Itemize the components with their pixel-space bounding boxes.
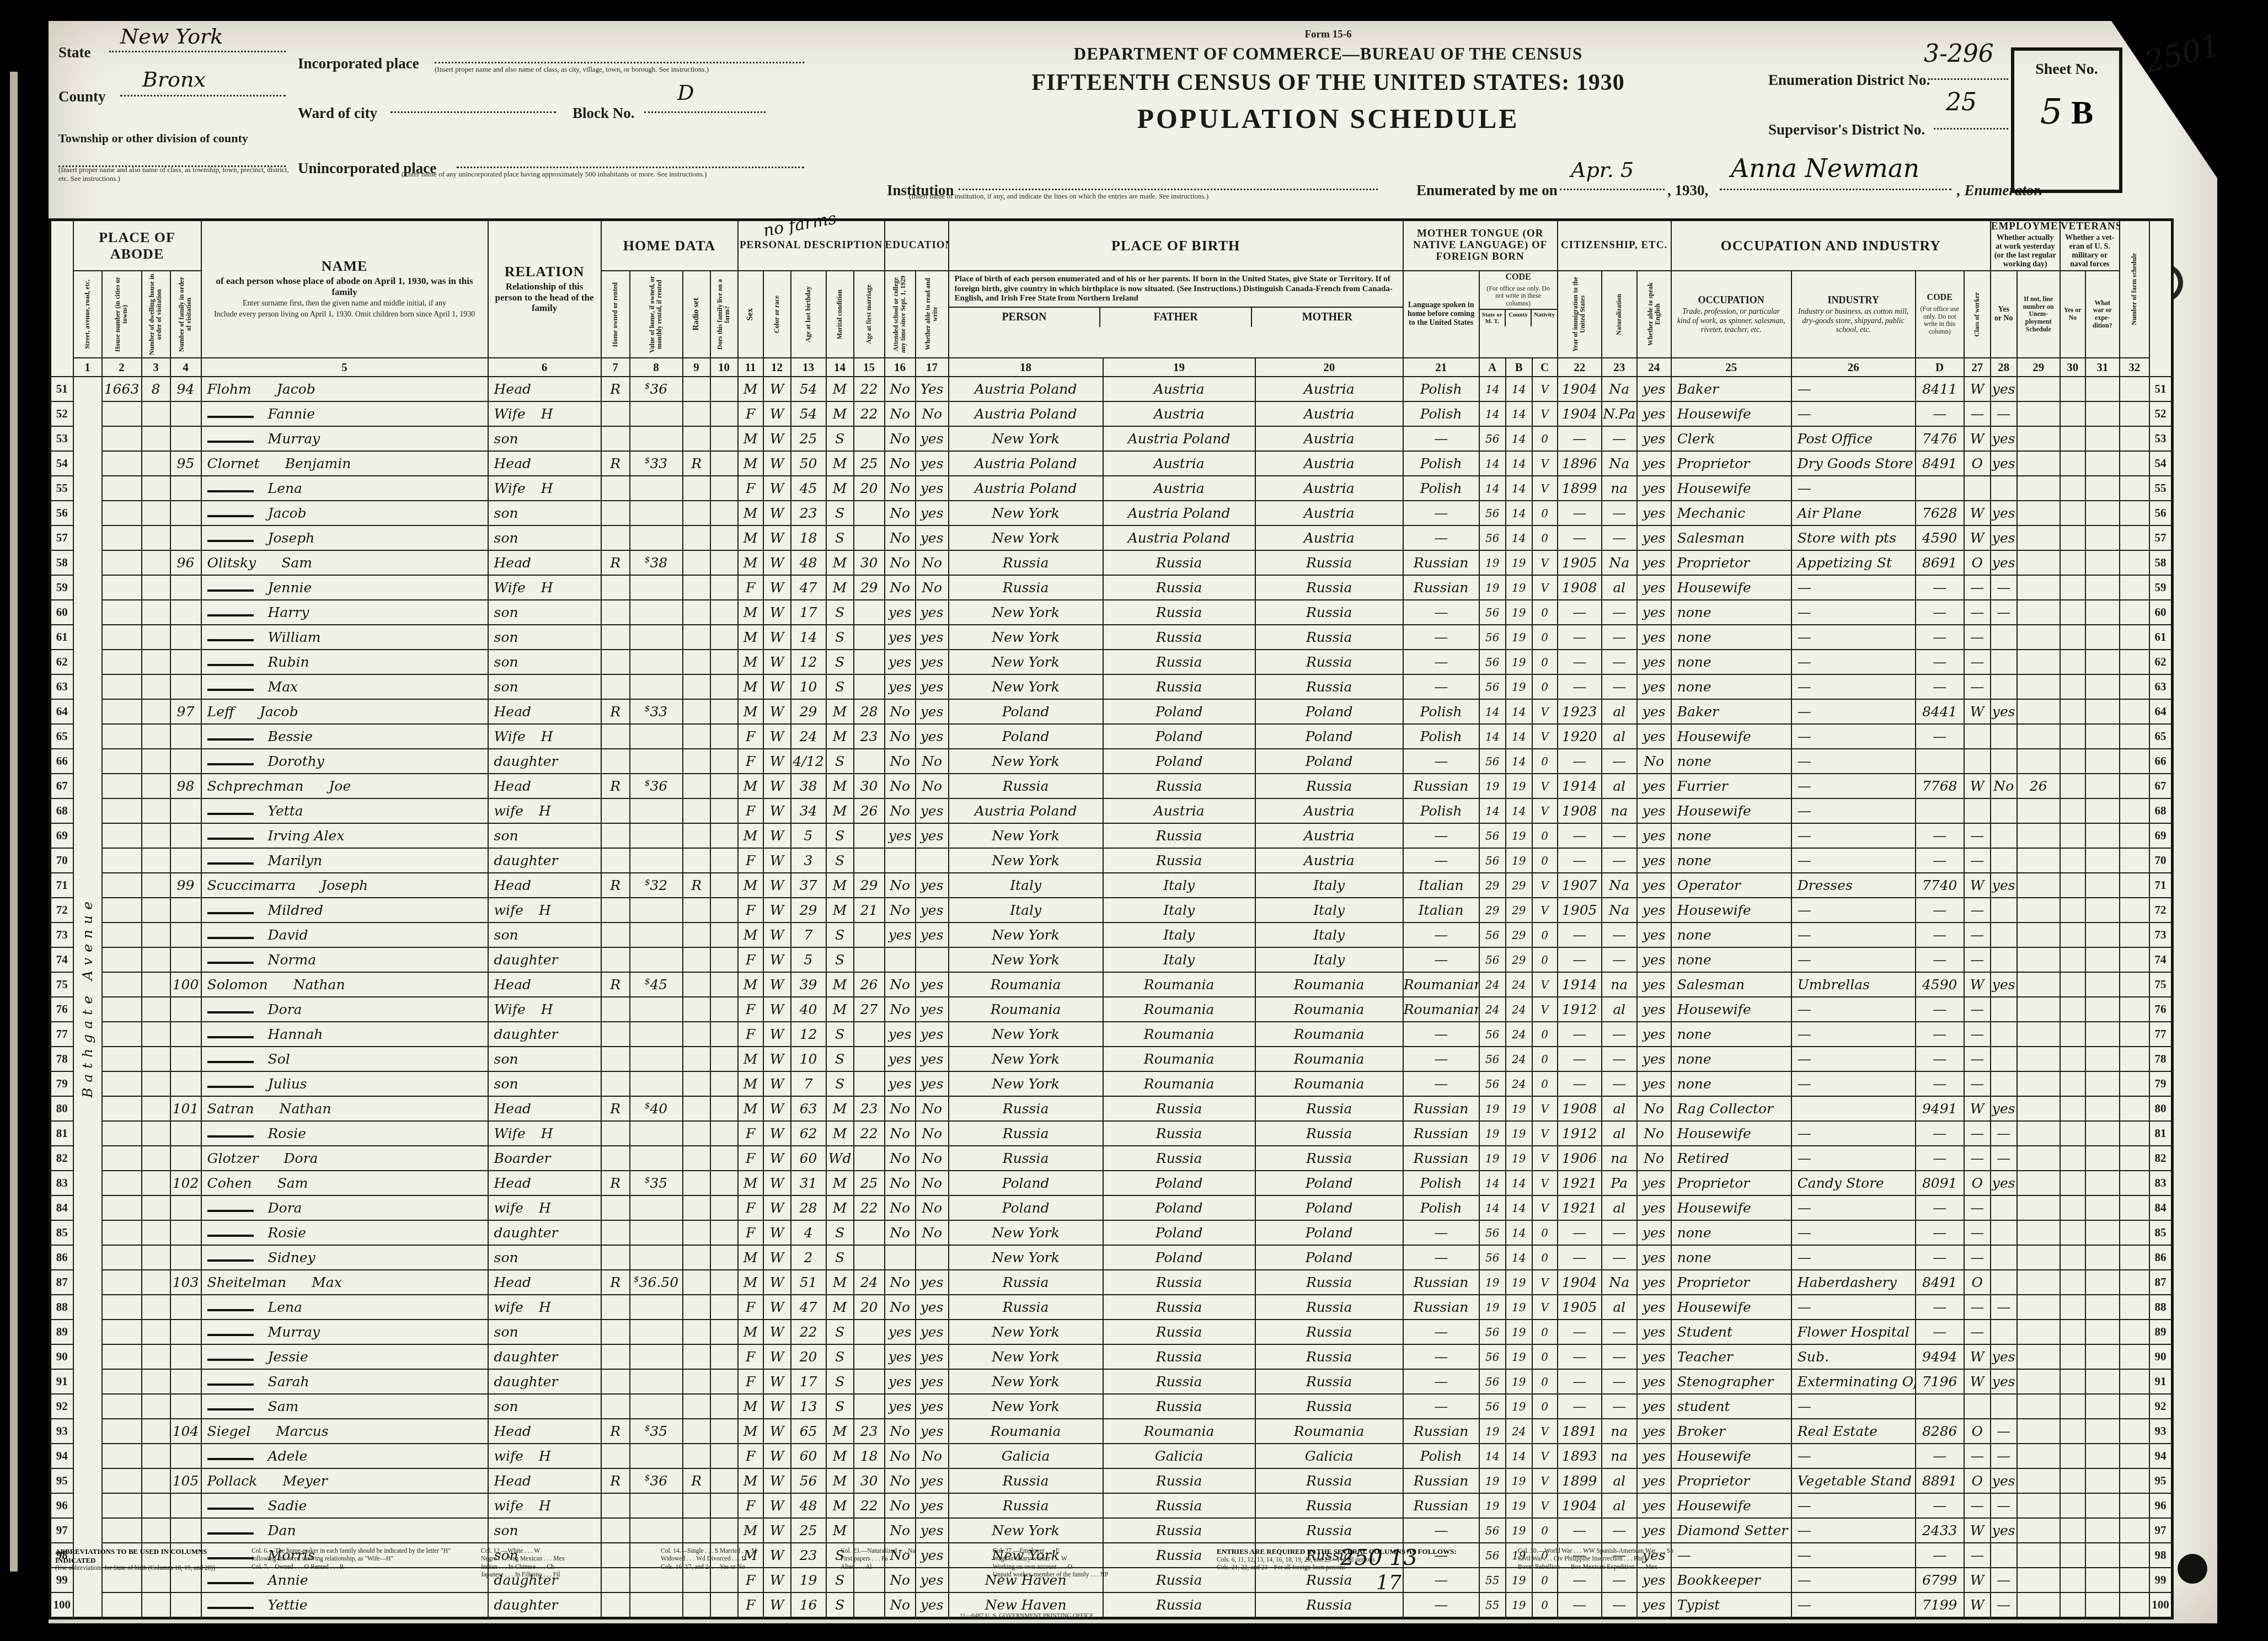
cell: yes xyxy=(1637,798,1671,823)
cell: — xyxy=(1791,1394,1916,1419)
cell: New York xyxy=(949,947,1103,972)
cell: 28 xyxy=(791,1195,826,1220)
cell xyxy=(854,501,885,525)
cell: Austria xyxy=(1255,848,1403,873)
cell: Poland xyxy=(1255,1171,1403,1195)
cell: M xyxy=(738,1320,763,1344)
cell xyxy=(683,1270,710,1295)
cell: yes xyxy=(916,1071,949,1096)
line-number-left: 85 xyxy=(50,1220,73,1245)
cell: W xyxy=(1964,774,1991,798)
cell xyxy=(142,1369,170,1394)
cell: none xyxy=(1671,1047,1791,1071)
cell: 56 xyxy=(1479,848,1506,873)
footnote-line: Wage or salary worker . . . W xyxy=(993,1555,1202,1563)
cell: Sadie xyxy=(201,1493,488,1518)
cell: Austria xyxy=(1103,451,1255,476)
cell xyxy=(2120,873,2149,898)
cell: No xyxy=(885,1419,916,1444)
cell: — xyxy=(1964,625,1991,650)
census-scan-page: State New York County Bronx Township or … xyxy=(0,0,2268,1641)
cell: 14 xyxy=(1506,699,1532,724)
cell: 0 xyxy=(1532,650,1558,674)
cell: 98 xyxy=(170,774,201,798)
col-31-header: What war or expe­dition? xyxy=(2085,271,2120,358)
cell: na xyxy=(1602,798,1637,823)
cell: 19 xyxy=(1479,575,1506,600)
cell: — xyxy=(1558,947,1602,972)
cell xyxy=(630,798,683,823)
cell: 14 xyxy=(1506,1195,1532,1220)
schedule-row-80: 80101SatranNathanHeadR$40MW63M23NoNoRuss… xyxy=(50,1096,2173,1121)
cell xyxy=(683,1295,710,1320)
cell: 39 xyxy=(791,972,826,997)
cell: Italy xyxy=(1255,947,1403,972)
col-21-header: Language spoken in home before coming to… xyxy=(1403,271,1479,358)
cell: V xyxy=(1532,401,1558,426)
relation-subtitle: Relationship of this person to the head … xyxy=(489,280,601,315)
cell xyxy=(710,997,738,1022)
cell: — xyxy=(1964,674,1991,699)
cell xyxy=(2085,600,2120,625)
vet-yes-no-label: Yes or No xyxy=(2061,305,2085,323)
cell: S xyxy=(826,650,854,674)
col-29-header: If not, line number on Unem­ployment Sch… xyxy=(2017,271,2060,358)
column-number-1: 1 xyxy=(73,358,102,377)
cell xyxy=(630,1220,683,1245)
cell xyxy=(683,774,710,798)
cell: WifeH xyxy=(488,575,601,600)
cell: Murray xyxy=(201,1320,488,1344)
mother-label: MOTHER xyxy=(1251,308,1403,327)
cell: 7196 xyxy=(1916,1369,1964,1394)
cell: yes xyxy=(916,997,949,1022)
cell: Russian xyxy=(1403,1270,1479,1295)
cell: W xyxy=(763,575,791,600)
cell xyxy=(630,426,683,451)
cell: 19 xyxy=(1479,1295,1506,1320)
cell xyxy=(2017,1096,2060,1121)
cell: yes xyxy=(1637,848,1671,873)
cell: yes xyxy=(1637,1220,1671,1245)
line-number-right: 55 xyxy=(2149,476,2173,501)
cell xyxy=(2120,798,2149,823)
cell xyxy=(170,1493,201,1518)
cell: Poland xyxy=(949,1195,1103,1220)
cell: W xyxy=(1964,699,1991,724)
cell: — xyxy=(1403,947,1479,972)
cell xyxy=(102,575,142,600)
name-note1: Enter surname first, then the given name… xyxy=(202,298,488,309)
cell: — xyxy=(1916,1121,1964,1146)
cell: No xyxy=(916,550,949,575)
cell xyxy=(102,997,142,1022)
cell: — xyxy=(1964,1047,1991,1071)
cell xyxy=(630,923,683,947)
cell: 3 xyxy=(791,848,826,873)
cell xyxy=(710,1419,738,1444)
cell: Head xyxy=(488,774,601,798)
cell: F xyxy=(738,476,763,501)
cell xyxy=(2060,997,2085,1022)
cell xyxy=(142,1419,170,1444)
cell: Russian xyxy=(1403,550,1479,575)
ditto-mark xyxy=(207,912,254,914)
schedule-row-89: 89MurraysonMW22SyesyesNew YorkRussiaRuss… xyxy=(50,1320,2173,1344)
cell: yes xyxy=(916,600,949,625)
cell: R xyxy=(601,774,630,798)
footnote-line: Col. 7.—Owned . . . O Rented . . . R xyxy=(252,1563,467,1571)
cell xyxy=(142,550,170,575)
cell: Joseph xyxy=(201,525,488,550)
cell: 19 xyxy=(1506,848,1532,873)
footnote-line: Unpaid worker, member of the family . . … xyxy=(993,1571,1202,1579)
cell: none xyxy=(1671,1071,1791,1096)
cell: No xyxy=(1637,1121,1671,1146)
cell: M xyxy=(738,1096,763,1121)
cell: 14 xyxy=(1479,1171,1506,1195)
line-number-left: 88 xyxy=(50,1295,73,1320)
birth-person-labels: PERSON FATHER MOTHER xyxy=(949,307,1403,327)
cell: 19 xyxy=(1506,1320,1532,1344)
cell xyxy=(2017,947,2060,972)
cell: 7476 xyxy=(1916,426,1964,451)
cell: New York xyxy=(949,1518,1103,1543)
cell xyxy=(630,1146,683,1171)
cell: — xyxy=(1916,1047,1964,1071)
cell: Russia xyxy=(1255,550,1403,575)
cell: 24 xyxy=(1479,997,1506,1022)
cell: Italy xyxy=(1255,898,1403,923)
cell xyxy=(2017,625,2060,650)
line-number-right: 84 xyxy=(2149,1195,2173,1220)
cell: 62 xyxy=(791,1121,826,1146)
cell xyxy=(2017,1518,2060,1543)
line-number-right: 88 xyxy=(2149,1295,2173,1320)
cell xyxy=(2017,525,2060,550)
cell: Italy xyxy=(1103,923,1255,947)
footnote-line: Col. 14.—Single . . . S Married . . . M xyxy=(661,1547,826,1555)
cell: Poland xyxy=(1103,1220,1255,1245)
cell: $35 xyxy=(630,1171,683,1195)
line-number-right: 78 xyxy=(2149,1047,2173,1071)
cell: 8441 xyxy=(1916,699,1964,724)
cell: yes xyxy=(1991,426,2017,451)
cell: No xyxy=(885,501,916,525)
cell xyxy=(854,1394,885,1419)
cell: Austria xyxy=(1255,525,1403,550)
cell xyxy=(2060,1121,2085,1146)
cell xyxy=(601,501,630,525)
cell: New York xyxy=(949,1245,1103,1270)
cell xyxy=(2085,724,2120,749)
cell xyxy=(170,1146,201,1171)
cell: 18 xyxy=(854,1444,885,1468)
cell xyxy=(1964,1394,1991,1419)
cell: Operator xyxy=(1671,873,1791,898)
cell xyxy=(630,1121,683,1146)
marital-label: Marital con­dition xyxy=(836,289,843,339)
cell: Russian xyxy=(1403,575,1479,600)
line-number-right: 86 xyxy=(2149,1245,2173,1270)
cell: 20 xyxy=(854,1295,885,1320)
cell xyxy=(683,1096,710,1121)
cell: yes xyxy=(885,1369,916,1394)
cell: Russia xyxy=(1103,1369,1255,1394)
ditto-mark xyxy=(207,862,254,865)
cell: yes xyxy=(916,1295,949,1320)
cell xyxy=(854,749,885,774)
cell: Dorothy xyxy=(201,749,488,774)
cell: V xyxy=(1532,1295,1558,1320)
cell: 8691 xyxy=(1916,550,1964,575)
cell: Roumania xyxy=(949,972,1103,997)
schedule-row-88: 88LenawifeHFW47M20NoyesRussiaRussiaRussi… xyxy=(50,1295,2173,1320)
column-numbers-row: 123456789101112131415161718192021ABC2223… xyxy=(50,358,2173,377)
cell: Housewife xyxy=(1671,798,1791,823)
cell xyxy=(2120,426,2149,451)
cell xyxy=(2017,1270,2060,1295)
cell: yes xyxy=(1637,947,1671,972)
cell: Italian xyxy=(1403,898,1479,923)
cell: S xyxy=(826,823,854,848)
state-value: New York xyxy=(120,24,223,49)
cell xyxy=(170,848,201,873)
cell: No xyxy=(885,1146,916,1171)
cell xyxy=(710,1444,738,1468)
cell: 25 xyxy=(854,451,885,476)
cell xyxy=(710,1146,738,1171)
cell: yes xyxy=(1991,699,2017,724)
cell: 96 xyxy=(170,550,201,575)
cell: Poland xyxy=(949,724,1103,749)
cell xyxy=(102,1270,142,1295)
cell xyxy=(2060,625,2085,650)
cell: none xyxy=(1671,923,1791,947)
cell: V xyxy=(1532,1096,1558,1121)
cell xyxy=(630,501,683,525)
cell: Italy xyxy=(949,898,1103,923)
col-2-header: House number (in cities or towns) xyxy=(102,271,142,358)
cell: Yes xyxy=(916,377,949,401)
cell: Austria xyxy=(1255,451,1403,476)
footnote-line: Negro . . . Neg Mexican . . . Mex xyxy=(481,1555,646,1563)
cell xyxy=(683,1146,710,1171)
cell: No xyxy=(885,724,916,749)
cell: na xyxy=(1602,1146,1637,1171)
cell xyxy=(601,650,630,674)
cell xyxy=(142,774,170,798)
cell xyxy=(170,997,201,1022)
enum-year: , 1930, xyxy=(1667,182,1708,199)
cell: WifeH xyxy=(488,476,601,501)
cell xyxy=(601,401,630,426)
cell: M xyxy=(738,600,763,625)
column-number-16: 16 xyxy=(885,358,916,377)
cell: Russia xyxy=(1103,1493,1255,1518)
cell: Austria xyxy=(1103,476,1255,501)
cell: Russian xyxy=(1403,1493,1479,1518)
cell xyxy=(601,1245,630,1270)
cell xyxy=(2017,1394,2060,1419)
cell: — xyxy=(1964,401,1991,426)
cell: No xyxy=(916,1096,949,1121)
cell: No xyxy=(885,997,916,1022)
cell: yes xyxy=(916,1022,949,1047)
cell: 0 xyxy=(1532,426,1558,451)
cell: F xyxy=(738,749,763,774)
cell: O xyxy=(1964,1171,1991,1195)
birth-description-cell: Place of birth of each person enumerated… xyxy=(949,271,1403,358)
cell: — xyxy=(1403,650,1479,674)
cell: 56 xyxy=(1479,1047,1506,1071)
footnote-line: Working on own account . . . O xyxy=(993,1563,1202,1571)
cell xyxy=(170,1295,201,1320)
cell: Russia xyxy=(1103,1320,1255,1344)
cell xyxy=(142,873,170,898)
line-number-left: 90 xyxy=(50,1344,73,1369)
cell xyxy=(170,501,201,525)
cell: Polish xyxy=(1403,1195,1479,1220)
cell: R xyxy=(601,1270,630,1295)
cell: Housewife xyxy=(1671,1493,1791,1518)
cell: W xyxy=(763,1394,791,1419)
cell: M xyxy=(826,798,854,823)
cell: W xyxy=(763,1344,791,1369)
column-number-6: 6 xyxy=(488,358,601,377)
ed-field xyxy=(1928,73,2008,80)
cell xyxy=(2060,749,2085,774)
cell xyxy=(2017,501,2060,525)
cell: No xyxy=(885,774,916,798)
cell: Roumania xyxy=(1255,997,1403,1022)
line-number-left: 87 xyxy=(50,1270,73,1295)
schedule-row-74: 74NormadaughterFW5SNew YorkItalyItaly—56… xyxy=(50,947,2173,972)
cell: yes xyxy=(916,1394,949,1419)
line-number-left: 78 xyxy=(50,1047,73,1071)
cell: 2 xyxy=(791,1245,826,1270)
cell: No xyxy=(885,1096,916,1121)
cell xyxy=(2120,724,2149,749)
cell: W xyxy=(1964,525,1991,550)
cell: M xyxy=(826,997,854,1022)
cell xyxy=(142,823,170,848)
cell: No xyxy=(916,1146,949,1171)
cell: 29 xyxy=(1479,898,1506,923)
cell xyxy=(170,1245,201,1270)
cell: M xyxy=(738,550,763,575)
cell: yes xyxy=(916,1493,949,1518)
form-titles: Form 15-6 DEPARTMENT OF COMMERCE—BUREAU … xyxy=(876,21,1780,135)
cell: Russia xyxy=(1103,823,1255,848)
cell: M xyxy=(738,525,763,550)
cell: Jessie xyxy=(201,1344,488,1369)
cell: — xyxy=(1602,749,1637,774)
cell: Polish xyxy=(1403,377,1479,401)
line-number-left: 86 xyxy=(50,1245,73,1270)
cell xyxy=(710,1493,738,1518)
cell: $32 xyxy=(630,873,683,898)
line-number-right: 90 xyxy=(2149,1344,2173,1369)
schedule-row-78: 78SolsonMW10SyesyesNew YorkRoumaniaRouma… xyxy=(50,1047,2173,1071)
cell: Russia xyxy=(949,1295,1103,1320)
group-home-data: HOME DATA xyxy=(601,220,738,271)
cell: ClornetBenjamin xyxy=(201,451,488,476)
col-1-header: Street, avenue, road, etc. xyxy=(73,271,102,358)
line-number-right: 66 xyxy=(2149,749,2173,774)
cell: 18 xyxy=(791,525,826,550)
cell: yes xyxy=(1637,650,1671,674)
line-number-left: 93 xyxy=(50,1419,73,1444)
ditto-mark xyxy=(207,639,254,641)
cell xyxy=(683,401,710,426)
cell: 4/12 xyxy=(791,749,826,774)
cell: S xyxy=(826,1344,854,1369)
cell: — xyxy=(1558,1518,1602,1543)
cell xyxy=(854,525,885,550)
cell xyxy=(601,1493,630,1518)
cell: 13 xyxy=(791,1394,826,1419)
col-17-header: Whether able to read and write xyxy=(916,271,949,358)
schedule-row-56: 56JacobsonMW23SNoyesNew YorkAustria Pola… xyxy=(50,501,2173,525)
cell: yes xyxy=(1637,1493,1671,1518)
cell: — xyxy=(1964,1071,1991,1096)
scan-edge-strip xyxy=(10,72,18,1572)
page-footer: ABBREVIATIONS TO BE USED IN COLUMNS INDI… xyxy=(55,1547,2206,1630)
cell: yes xyxy=(1991,525,2017,550)
cell xyxy=(630,947,683,972)
col-name-header: NAME of each person whose place of abode… xyxy=(201,220,488,358)
cell: 56 xyxy=(1479,1518,1506,1543)
cell xyxy=(683,501,710,525)
cell xyxy=(102,451,142,476)
cell: 19 xyxy=(1479,1270,1506,1295)
cell: Russian xyxy=(1403,1419,1479,1444)
cell: No xyxy=(885,1444,916,1468)
employment-title: EMPLOYMENT xyxy=(1991,221,2060,233)
line-number-left: 82 xyxy=(50,1146,73,1171)
cell xyxy=(102,1121,142,1146)
cell: Russia xyxy=(949,1493,1103,1518)
cell: — xyxy=(1791,674,1916,699)
cell: Lena xyxy=(201,1295,488,1320)
cell: M xyxy=(738,1394,763,1419)
line-number-right: 69 xyxy=(2149,823,2173,848)
schedule-row-81: 81RosieWifeHFW62M22NoNoRussiaRussiaRussi… xyxy=(50,1121,2173,1146)
cell xyxy=(630,1071,683,1096)
cell: 19 xyxy=(1506,575,1532,600)
cell xyxy=(142,997,170,1022)
cell: No xyxy=(885,401,916,426)
cell xyxy=(1991,476,2017,501)
schedule-row-52: 52FannieWifeHFW54M22NoNoAustria PolandAu… xyxy=(50,401,2173,426)
cell: 0 xyxy=(1532,1320,1558,1344)
cell xyxy=(710,650,738,674)
cell: 0 xyxy=(1532,1369,1558,1394)
cell: 19 xyxy=(1506,823,1532,848)
cell xyxy=(2060,699,2085,724)
cell: W xyxy=(763,1419,791,1444)
cell: — xyxy=(1916,898,1964,923)
col-relation-header: RELATION Relationship of this person to … xyxy=(488,220,601,358)
cell: 8091 xyxy=(1916,1171,1964,1195)
cell: — xyxy=(1791,1195,1916,1220)
cell xyxy=(630,1518,683,1543)
cell xyxy=(2060,401,2085,426)
cell: V xyxy=(1532,898,1558,923)
cell xyxy=(142,1518,170,1543)
cell: — xyxy=(1916,724,1964,749)
